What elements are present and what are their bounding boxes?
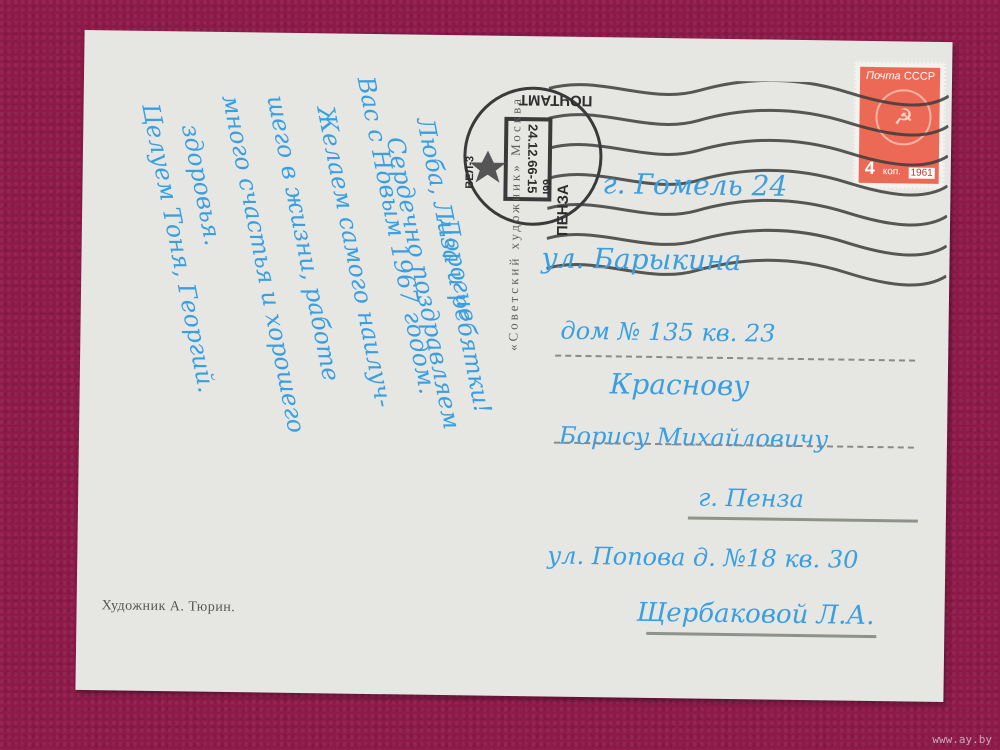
stamp-label-pochta: Почта <box>866 70 901 82</box>
postmark: ПОЧТАМТ ПЕНЗА 24.12.66-15 66г ВЕЛ-3 <box>457 80 609 232</box>
recipient-surname: Краснову <box>610 367 750 402</box>
postmark-office: ПОЧТАМТ <box>519 91 593 109</box>
address-rule <box>646 632 876 638</box>
sender-street: ул. Попова д. №18 кв. 30 <box>547 541 858 573</box>
stamp-label-ussr: СССР <box>904 70 935 82</box>
artist-credit: Художник А. Тюрин. <box>101 598 235 616</box>
sender-name: Щербаковой Л.А. <box>636 598 874 631</box>
postcard: Почта СССР ☭ 4 коп. 1961 ПОЧТАМТ ПЕНЗА 2… <box>75 30 952 702</box>
postmark-city: ПЕНЗА <box>554 184 572 236</box>
recipient-name: Борису Михайловичу <box>559 422 829 454</box>
address-city: г. Гомель 24 <box>602 167 787 203</box>
postmark-date: 24.12.66-15 <box>525 124 541 194</box>
publisher-imprint: «Советский художник» Москва <box>505 21 526 351</box>
postmark-year: 66г <box>540 179 552 196</box>
postmark-code: ВЕЛ-3 <box>464 156 476 189</box>
address-rule <box>688 516 918 522</box>
watermark: www.ay.by <box>932 733 992 746</box>
address-rule <box>555 355 915 362</box>
address-street: ул. Барыкина <box>541 241 741 277</box>
sender-city: г. Пенза <box>698 484 804 513</box>
address-house: дом № 135 кв. 23 <box>560 317 775 348</box>
